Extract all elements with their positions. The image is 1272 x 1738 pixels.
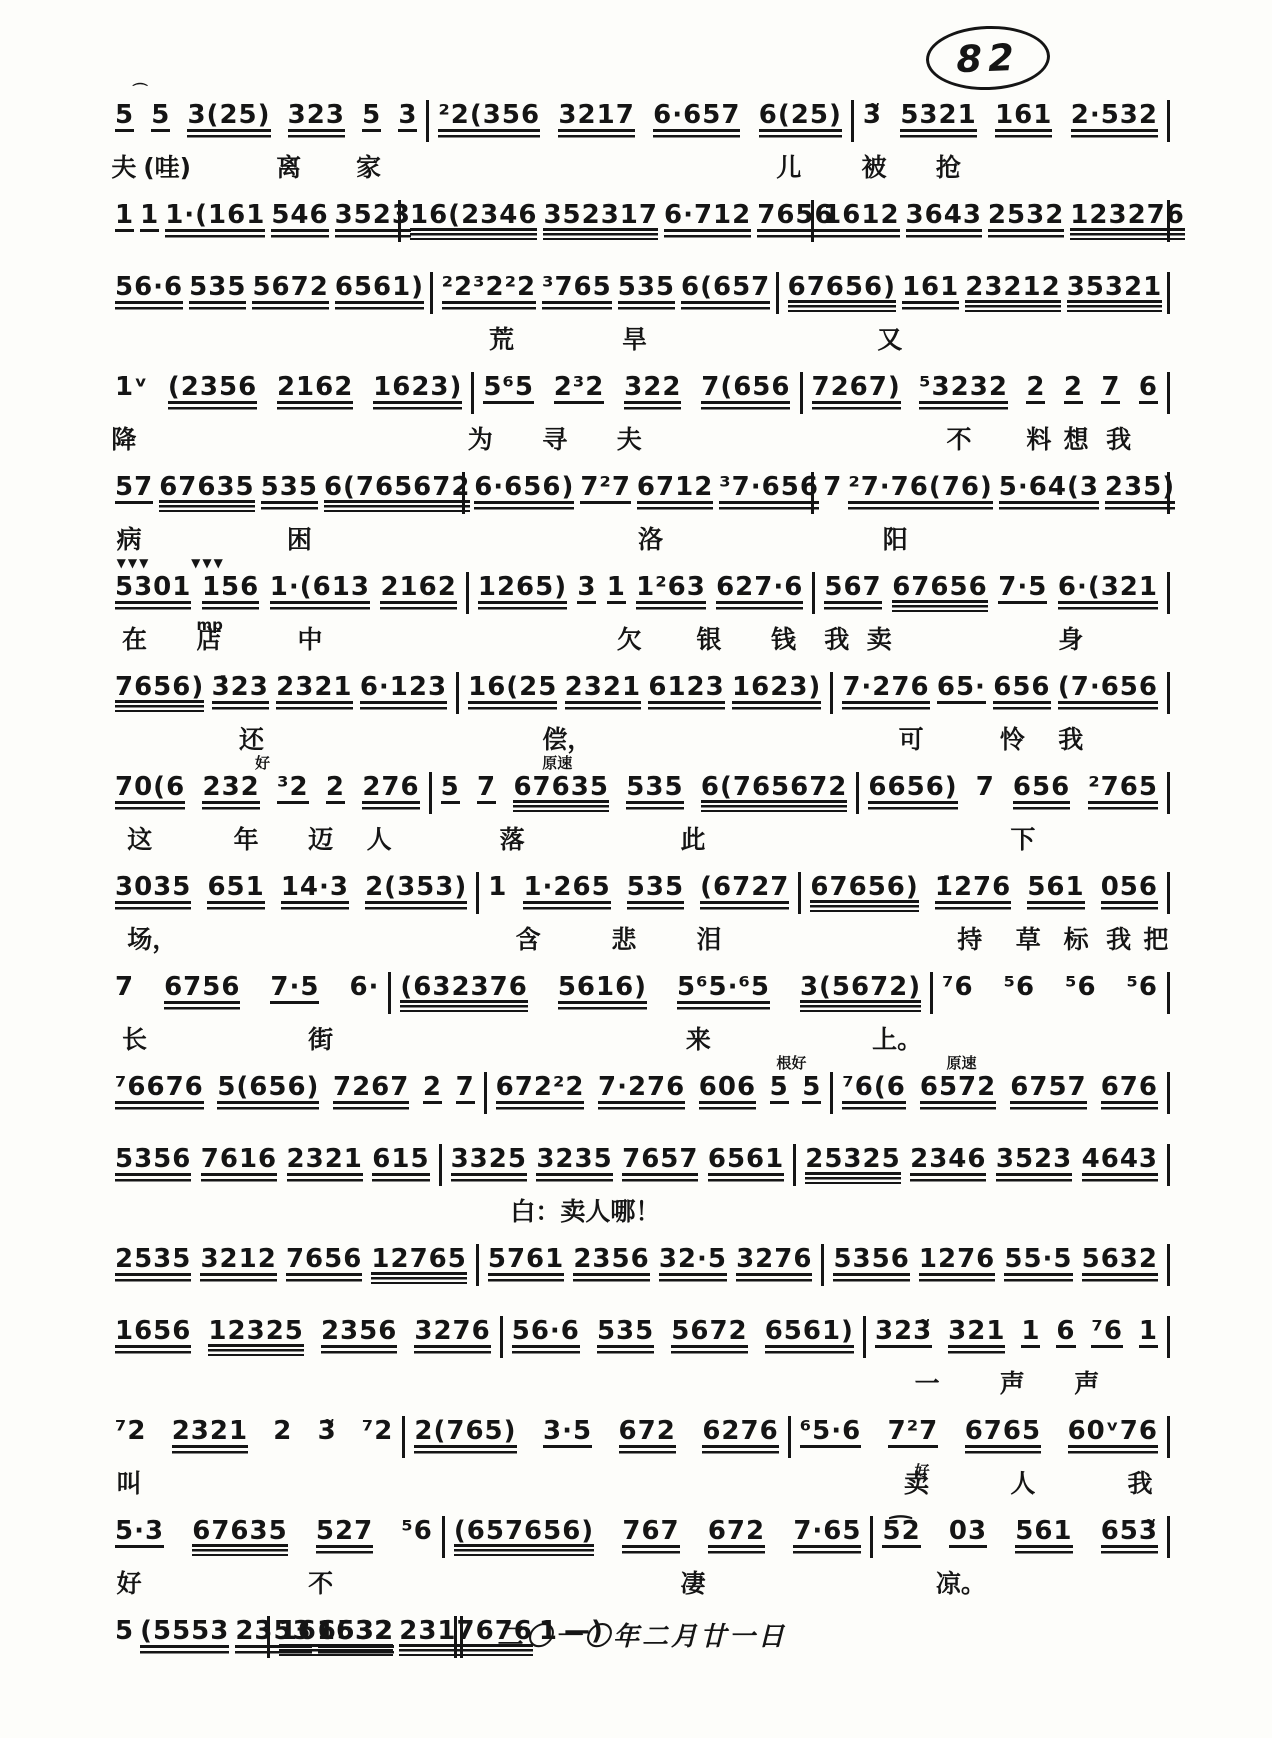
lyric: 旱 — [622, 320, 647, 356]
note-group: 6 — [1139, 374, 1158, 412]
lyric: 泪 — [697, 920, 722, 956]
notes-row: 5(55532353653216163223176761—)二〇一〇年二月廿一日 — [106, 1612, 787, 1662]
lyrics-row: 一声声 — [106, 1362, 1170, 1400]
note-group: 67635 — [192, 1518, 287, 1556]
score-line: 好⁷2232123̃⁷22(765)3·56726276⁶5·67²767656… — [106, 1400, 1170, 1500]
note-group: 25325 — [805, 1146, 900, 1184]
barline — [1167, 1072, 1170, 1114]
lyric: 落 — [500, 820, 525, 856]
lyric: 我 — [1127, 1464, 1152, 1500]
notes-row: 111·(161546352316(23463523176·7127656161… — [106, 196, 1170, 246]
note-group: 2346 — [910, 1146, 986, 1184]
lyrics-row: 好不凄凉。 — [106, 1562, 1170, 1600]
note-group: ⁵6 — [1065, 974, 1096, 1012]
lyric: 卖 — [867, 620, 892, 656]
note-group: ⁷6 — [1091, 1318, 1122, 1356]
lyrics-row — [106, 1662, 1170, 1672]
note-group: 7·5 — [270, 974, 319, 1012]
note-group: 322 — [624, 374, 681, 412]
annotation-above: ▼▼▼ — [191, 556, 225, 570]
note-group: 653̃ — [1101, 1518, 1158, 1556]
note-group: 627·6 — [716, 574, 803, 612]
note-group: (657656) — [454, 1518, 594, 1556]
note-group: 7 — [823, 474, 842, 512]
note-group: 2321 — [276, 674, 352, 712]
note-group: 5616) — [558, 974, 647, 1012]
note-group: 6· — [349, 974, 379, 1012]
note-group: 2³2 — [554, 374, 605, 412]
lyric: 被 — [861, 148, 886, 184]
measure: 57676355356(765672 — [432, 774, 857, 812]
note-group: 6561) — [765, 1318, 854, 1356]
lyric: 抢 — [936, 148, 961, 184]
score-line: 253532127656127655761235632·532765356127… — [106, 1228, 1170, 1300]
lyric: 夫 — [617, 420, 642, 456]
note-group: 70(6 — [115, 774, 185, 812]
barline — [1167, 272, 1170, 314]
note-group: 3276 — [736, 1246, 812, 1284]
score-line: 5356761623216153325323576576561253252346… — [106, 1128, 1170, 1228]
lyric: 阳 — [883, 520, 908, 556]
note-group: 2·532 — [1071, 102, 1158, 140]
note-group: 2356 — [321, 1318, 397, 1356]
notes-row: 303565114·32(353)11·265535(672767656)1̇2… — [106, 868, 1170, 918]
note-group: 676 — [1101, 1074, 1158, 1112]
note-group: 2321 — [287, 1146, 363, 1184]
note-group: (5553 — [140, 1618, 229, 1656]
note-group: 7 — [976, 774, 995, 812]
note-group: 7·5 — [998, 574, 1047, 612]
note-group: 2 — [423, 1074, 442, 1112]
lyric: (哇) — [143, 148, 191, 184]
barline — [1167, 872, 1170, 914]
note-group: 1656 — [115, 1318, 191, 1356]
annotation-below: 好 — [915, 1460, 930, 1481]
score-line: 7656)3̇2323216·12316(25232161231623)7·27… — [106, 656, 1170, 756]
annotation-above: ▼▼▼ — [117, 556, 151, 570]
score-line: 1656123252356327656·653556726561)323̃321… — [106, 1300, 1170, 1400]
barline — [1167, 1316, 1170, 1358]
note-group: ⁷6(6 — [842, 1074, 905, 1112]
lyric: 持 — [957, 920, 982, 956]
note-group: ⁵6 — [401, 1518, 432, 1556]
notes-row: 57676355356(7656726·656)7²76712³7·6567²7… — [106, 468, 1170, 518]
note-group: 35321 — [1067, 274, 1162, 312]
note-group: 1·(161 — [165, 202, 265, 240]
note-group: 4643 — [1082, 1146, 1158, 1184]
lyrics-row: 夫(哇)离家儿被抢 — [106, 146, 1170, 184]
note-group: ⁵6 — [1004, 974, 1035, 1012]
measure: 3325323576576561 — [442, 1146, 794, 1184]
note-group: 12765 — [371, 1246, 466, 1284]
score-line: 111·(161546352316(23463523176·7127656161… — [106, 184, 1170, 256]
measure: 25353212765612765 — [106, 1246, 476, 1284]
annotation-above: 好 — [255, 752, 270, 773]
lyric: 为 — [468, 420, 493, 456]
measure: ⁶5·67²7676560ᵛ76 — [791, 1418, 1167, 1456]
barline — [1167, 100, 1170, 142]
note-group: ⁵3232 — [919, 374, 1008, 412]
note-group: 672 — [619, 1418, 676, 1456]
note-group: ³765 — [542, 274, 612, 312]
lyric: 中 — [298, 620, 323, 656]
measure: 535676162321615 — [106, 1146, 439, 1184]
notes-row: 253532127656127655761235632·532765356127… — [106, 1240, 1170, 1290]
measure: 567676567·56·(321 — [815, 574, 1167, 612]
note-group: 7²7 — [580, 474, 631, 512]
lyric: 我 — [824, 620, 849, 656]
lyrics-row: 在店中欠银钱我卖身 — [106, 618, 1170, 656]
note-group: 321 — [948, 1318, 1005, 1356]
measure: 553(25)32353 — [106, 102, 426, 140]
lyric: 寻 — [542, 420, 567, 456]
lyric: 身 — [1058, 620, 1083, 656]
lyric: 偿， — [542, 720, 592, 756]
note-group: ²765 — [1088, 774, 1158, 812]
note-group: 56·6 — [115, 274, 183, 312]
note-group: 6(657 — [681, 274, 770, 312]
lyric: 不 — [947, 420, 972, 456]
measure: 6656)7656²765 — [859, 774, 1167, 812]
note-group: 67656) — [810, 874, 918, 912]
measure: 161236432532123276 — [814, 202, 1167, 240]
note-group: 5 — [362, 102, 381, 140]
note-group: (2356 — [168, 374, 257, 412]
note-group: 535 — [618, 274, 675, 312]
note-group: 5⁶5 — [483, 374, 534, 412]
measure: 5761235632·53276 — [479, 1246, 822, 1284]
note-group: ⁶5·6 — [800, 1418, 861, 1456]
measure: (6323765616)5⁶5·⁶53(5672) — [391, 974, 930, 1012]
barline — [1167, 200, 1170, 242]
lyrics-row: 白：卖人哪！ — [106, 1190, 1170, 1228]
lyric: 此 — [681, 820, 706, 856]
note-group: 7·276 — [598, 1074, 685, 1112]
note-group: 535 — [626, 774, 683, 812]
measure: 67656)1̇276561056 — [801, 874, 1167, 912]
measure: 16(25232161231623) — [459, 674, 830, 712]
lyric: 可 — [899, 720, 924, 756]
lyric: 人 — [1010, 1464, 1035, 1500]
note-group: 6276 — [702, 1418, 778, 1456]
lyric: 把 — [1143, 920, 1168, 956]
note-group: 7656) — [115, 674, 204, 712]
lyrics-row: 病困洛阳 — [106, 518, 1170, 556]
lyric: 不 — [308, 1564, 333, 1600]
measure: 5·367635527⁵6 — [106, 1518, 442, 1556]
note-group: 535 — [627, 874, 684, 912]
lyrics-row: 荒旱又 — [106, 318, 1170, 356]
note-group: 276 — [362, 774, 419, 812]
note-group: 1·265 — [523, 874, 610, 912]
note-group: ⁷2 — [115, 1418, 146, 1456]
measure: 323̃32116⁷61 — [866, 1318, 1167, 1356]
note-group: 7656 — [286, 1246, 362, 1284]
note-group: 5·3 — [115, 1518, 164, 1556]
lyric: 又 — [877, 320, 902, 356]
notes-row: 70(6232³2227657676355356(7656726656)7656… — [106, 768, 1170, 818]
measure: 57676355356(765672 — [106, 474, 462, 512]
note-group: 2532 — [988, 202, 1064, 240]
note-group: 67635 — [513, 774, 608, 812]
measure: 111·(1615463523 — [106, 202, 398, 240]
note-group: 672 — [708, 1518, 765, 1556]
measure: 70(6232³22276 — [106, 774, 429, 812]
note-group: ⁷6676 — [115, 1074, 204, 1112]
sheet-music-page: 82 ⌒553(25)32353²2(35632176·6576(25)3̃53… — [0, 0, 1272, 1738]
note-group: 14·3 — [281, 874, 349, 912]
note-group: 1 — [115, 202, 134, 240]
note-group: 5(656) — [217, 1074, 319, 1112]
barline — [1167, 372, 1170, 414]
note-group: 3643 — [906, 202, 982, 240]
lyric: 银 — [697, 620, 722, 656]
note-group: 3̇23 — [212, 674, 269, 712]
note-group: ⁵6 — [1127, 974, 1158, 1012]
note-group: 656 — [1013, 774, 1070, 812]
barline — [1167, 672, 1170, 714]
score-line: 5·367635527⁵6(657656)7676727·655͡2035616… — [106, 1500, 1170, 1600]
measure: 1ᵛ(235621621623) — [106, 374, 471, 412]
measure: 5356127655·55632 — [824, 1246, 1167, 1284]
note-group: 535 — [597, 1318, 654, 1356]
lyric: 离 — [276, 148, 301, 184]
lyrics-row: 场，含悲泪持草标我把 — [106, 918, 1170, 956]
note-group: 67656 — [892, 574, 987, 612]
note-group: 2 — [273, 1418, 292, 1456]
score: ⌒553(25)32353²2(35632176·6576(25)3̃53211… — [106, 84, 1170, 1672]
measure: 5͡203561653̃ — [873, 1518, 1167, 1556]
note-group: 5 — [115, 102, 134, 140]
note-group: 161632 — [279, 1618, 394, 1656]
score-line: ⌒553(25)32353²2(35632176·6576(25)3̃53211… — [106, 84, 1170, 184]
annotation-above: 原速 — [542, 752, 572, 773]
measure: ⁷6(665726757676 — [833, 1074, 1167, 1112]
note-group: 7 — [477, 774, 496, 812]
note-group: 6561) — [335, 274, 424, 312]
measure: 7²7·76(76)5·64(3235) — [814, 474, 1167, 512]
barline — [1167, 1144, 1170, 1186]
measure: 16163223176761—) — [270, 1618, 454, 1656]
note-group: 65· — [937, 674, 986, 712]
note-group: 6(765672 — [324, 474, 471, 512]
note-group: 60ᵛ76 — [1068, 1418, 1158, 1456]
note-group: 232 — [202, 774, 259, 812]
lyric: 困 — [287, 520, 312, 556]
note-group: 672²2 — [496, 1074, 585, 1112]
note-group: 5321 — [900, 102, 976, 140]
note-group: ³7·656 — [719, 474, 819, 512]
lyric: 夫 — [111, 148, 136, 184]
measure: 56·653556726561) — [503, 1318, 863, 1356]
note-group: 6(765672 — [701, 774, 848, 812]
note-group: 03 — [949, 1518, 987, 1556]
lyric: 年 — [234, 820, 259, 856]
note-group: 3035 — [115, 874, 191, 912]
lyric: 迈 — [308, 820, 333, 856]
measure: 2(765)3·56726276 — [405, 1418, 787, 1456]
measure: 56·653556726561) — [106, 274, 430, 312]
measure: 5(555323536532 — [106, 1618, 267, 1656]
note-group: 5761 — [488, 1246, 564, 1284]
lyrics-row: 还偿，可怜我 — [106, 718, 1170, 756]
note-group: (632376 — [400, 974, 527, 1012]
note-group: 561 — [1015, 1518, 1072, 1556]
note-group: 3276 — [414, 1318, 490, 1356]
lyric: 这 — [127, 820, 152, 856]
notes-row: 56·653556726561)²2³2²2³7655356(65767656)… — [106, 268, 1170, 318]
score-line: 303565114·32(353)11·265535(672767656)1̇2… — [106, 856, 1170, 956]
measure: 7267)⁵32322276 — [803, 374, 1168, 412]
notes-row: ⁷66765(656)726727672²27·27660655⁷6(66572… — [106, 1068, 1170, 1118]
note-group: 5672 — [671, 1318, 747, 1356]
score-line: 767567·56·(6323765616)5⁶5·⁶53(5672)⁷6⁵6⁵… — [106, 956, 1170, 1056]
note-group: 3325 — [451, 1146, 527, 1184]
measure: 303565114·32(353) — [106, 874, 476, 912]
note-group: 6572 — [920, 1074, 996, 1112]
note-group: 1ᵛ — [115, 374, 148, 412]
lyrics-row — [106, 1118, 1170, 1128]
note-group: 1 — [1139, 1318, 1158, 1356]
note-group: 16(25 — [468, 674, 557, 712]
lyric: 洛 — [638, 520, 663, 556]
lyric: 我 — [1106, 420, 1131, 456]
note-group: 1·(613 — [270, 574, 370, 612]
score-line: 1ᵛ(235621621623)5⁶52³23227(6567267)⁵3232… — [106, 356, 1170, 456]
measure: 53011561·(6132162 — [106, 574, 466, 612]
note-group: 2 — [1064, 374, 1083, 412]
lyric: 长 — [122, 1020, 147, 1056]
note-group: (6727 — [700, 874, 789, 912]
note-group: 7·65 — [793, 1518, 861, 1556]
page-number-oval: 82 — [925, 24, 1051, 92]
note-group: 5·64(3 — [999, 474, 1099, 512]
note-group: 767 — [622, 1518, 679, 1556]
note-group: 6(25) — [759, 102, 842, 140]
lyric: 声 — [1074, 1364, 1099, 1400]
lyric: 儿 — [776, 148, 801, 184]
lyric: 荒 — [489, 320, 514, 356]
note-group: 615 — [372, 1146, 429, 1184]
note-group: 32·5 — [659, 1246, 727, 1284]
lyric: 还 — [239, 720, 264, 756]
lyric: 我 — [1106, 920, 1131, 956]
note-group: 5672 — [252, 274, 328, 312]
measure: 67656)1612321235321 — [779, 274, 1167, 312]
note-group: 352317 — [543, 202, 658, 240]
note-group: 1 — [607, 574, 626, 612]
score-line: 好原速70(6232³2227657676355356(7656726656)7… — [106, 756, 1170, 856]
note-group: 3 — [398, 102, 417, 140]
barline — [1167, 972, 1170, 1014]
measure: 6·656)7²76712³7·656 — [465, 474, 811, 512]
note-group: 1 — [1021, 1318, 1040, 1356]
score-line: 5(55532353653216163223176761—)二〇一〇年二月廿一日 — [106, 1600, 1170, 1672]
lyrics-row — [106, 246, 1170, 256]
score-line: ▼▼▼▼▼▼mp53011561·(61321621265)311²63627·… — [106, 556, 1170, 656]
measure: ⁷2232123̃⁷2 — [106, 1418, 402, 1456]
note-group: 6·123 — [360, 674, 447, 712]
note-group: 2321 — [172, 1418, 248, 1456]
lyric: 标 — [1064, 920, 1089, 956]
measure: ⁷6⁵6⁵6⁵6 — [933, 974, 1167, 1012]
note-group: 55·5 — [1004, 1246, 1072, 1284]
note-group: 5͡2 — [882, 1518, 920, 1556]
measure: ²2³2²2³7655356(657 — [433, 274, 776, 312]
notes-row: 1656123252356327656·653556726561)323̃321… — [106, 1312, 1170, 1362]
lyric: 下 — [1010, 820, 1035, 856]
notes-row: 767567·56·(6323765616)5⁶5·⁶53(5672)⁷6⁵6⁵… — [106, 968, 1170, 1018]
note-group: 6 — [1056, 1318, 1075, 1356]
lyric: 一 — [915, 1364, 940, 1400]
note-group: 1623) — [732, 674, 821, 712]
note-group: 6·657 — [653, 102, 740, 140]
measure: ⁷66765(656)726727 — [106, 1074, 484, 1112]
note-group: 3(25) — [187, 102, 270, 140]
annotation-above: 原速 — [947, 1052, 977, 1073]
lyrics-row — [106, 1290, 1170, 1300]
note-group: 3 — [577, 574, 596, 612]
score-line: 根好原速⁷66765(656)726727672²27·27660655⁷6(6… — [106, 1056, 1170, 1128]
lyric: 场， — [127, 920, 177, 956]
notes-row: 1ᵛ(235621621623)5⁶52³23227(6567267)⁵3232… — [106, 368, 1170, 418]
measure: 3̃53211612·532 — [854, 102, 1167, 140]
lyric: 家 — [356, 148, 381, 184]
lyric: 在 — [122, 620, 147, 656]
note-group: 1623) — [373, 374, 462, 412]
note-group: 5 — [441, 774, 460, 812]
barline — [1167, 1416, 1170, 1458]
score-line: 57676355356(7656726·656)7²76712³7·6567²7… — [106, 456, 1170, 556]
lyric: 凉。 — [936, 1564, 986, 1600]
note-group: 5 — [770, 1074, 789, 1112]
note-group: 606 — [699, 1074, 756, 1112]
note-group: 3217 — [558, 102, 634, 140]
note-group: 6765 — [965, 1418, 1041, 1456]
note-group: 7657 — [622, 1146, 698, 1184]
note-group: 1612 — [823, 202, 899, 240]
note-group: 2535 — [115, 1246, 191, 1284]
measure: ²2(35632176·6576(25) — [429, 102, 850, 140]
note-group: 12325 — [208, 1318, 303, 1356]
note-group: 5 — [802, 1074, 821, 1112]
note-group: 5⁶5·⁶5 — [677, 974, 770, 1012]
note-group: 7267) — [812, 374, 901, 412]
note-group: 656 — [993, 674, 1050, 712]
note-group: 56·6 — [512, 1318, 580, 1356]
note-group: 5632 — [1082, 1246, 1158, 1284]
note-group: 651 — [207, 874, 264, 912]
notes-row: 53011561·(61321621265)311²63627·65676765… — [106, 568, 1170, 618]
note-group: 3212 — [200, 1246, 276, 1284]
note-group: 527 — [316, 1518, 373, 1556]
measure: 7·27665·656(7·656 — [833, 674, 1167, 712]
note-group: 2(765) — [414, 1418, 516, 1456]
notes-row: 553(25)32353²2(35632176·6576(25)3̃532116… — [106, 96, 1170, 146]
annotation-above: ⌒ — [133, 80, 148, 101]
notes-row: 5356761623216153325323576576561253252346… — [106, 1140, 1170, 1190]
note-group: 2(353) — [365, 874, 467, 912]
lyric: 人 — [367, 820, 392, 856]
notes-row: 5·367635527⁵6(657656)7676727·655͡2035616… — [106, 1512, 1170, 1562]
note-group: 235) — [1105, 474, 1175, 512]
lyrics-row: 长街来上。 — [106, 1018, 1170, 1056]
note-group: 7616 — [201, 1146, 277, 1184]
measure: 16561232523563276 — [106, 1318, 500, 1356]
note-group: 1̇276 — [935, 874, 1011, 912]
note-group: ⁷2 — [362, 1418, 393, 1456]
note-group: ²2(356 — [438, 102, 540, 140]
